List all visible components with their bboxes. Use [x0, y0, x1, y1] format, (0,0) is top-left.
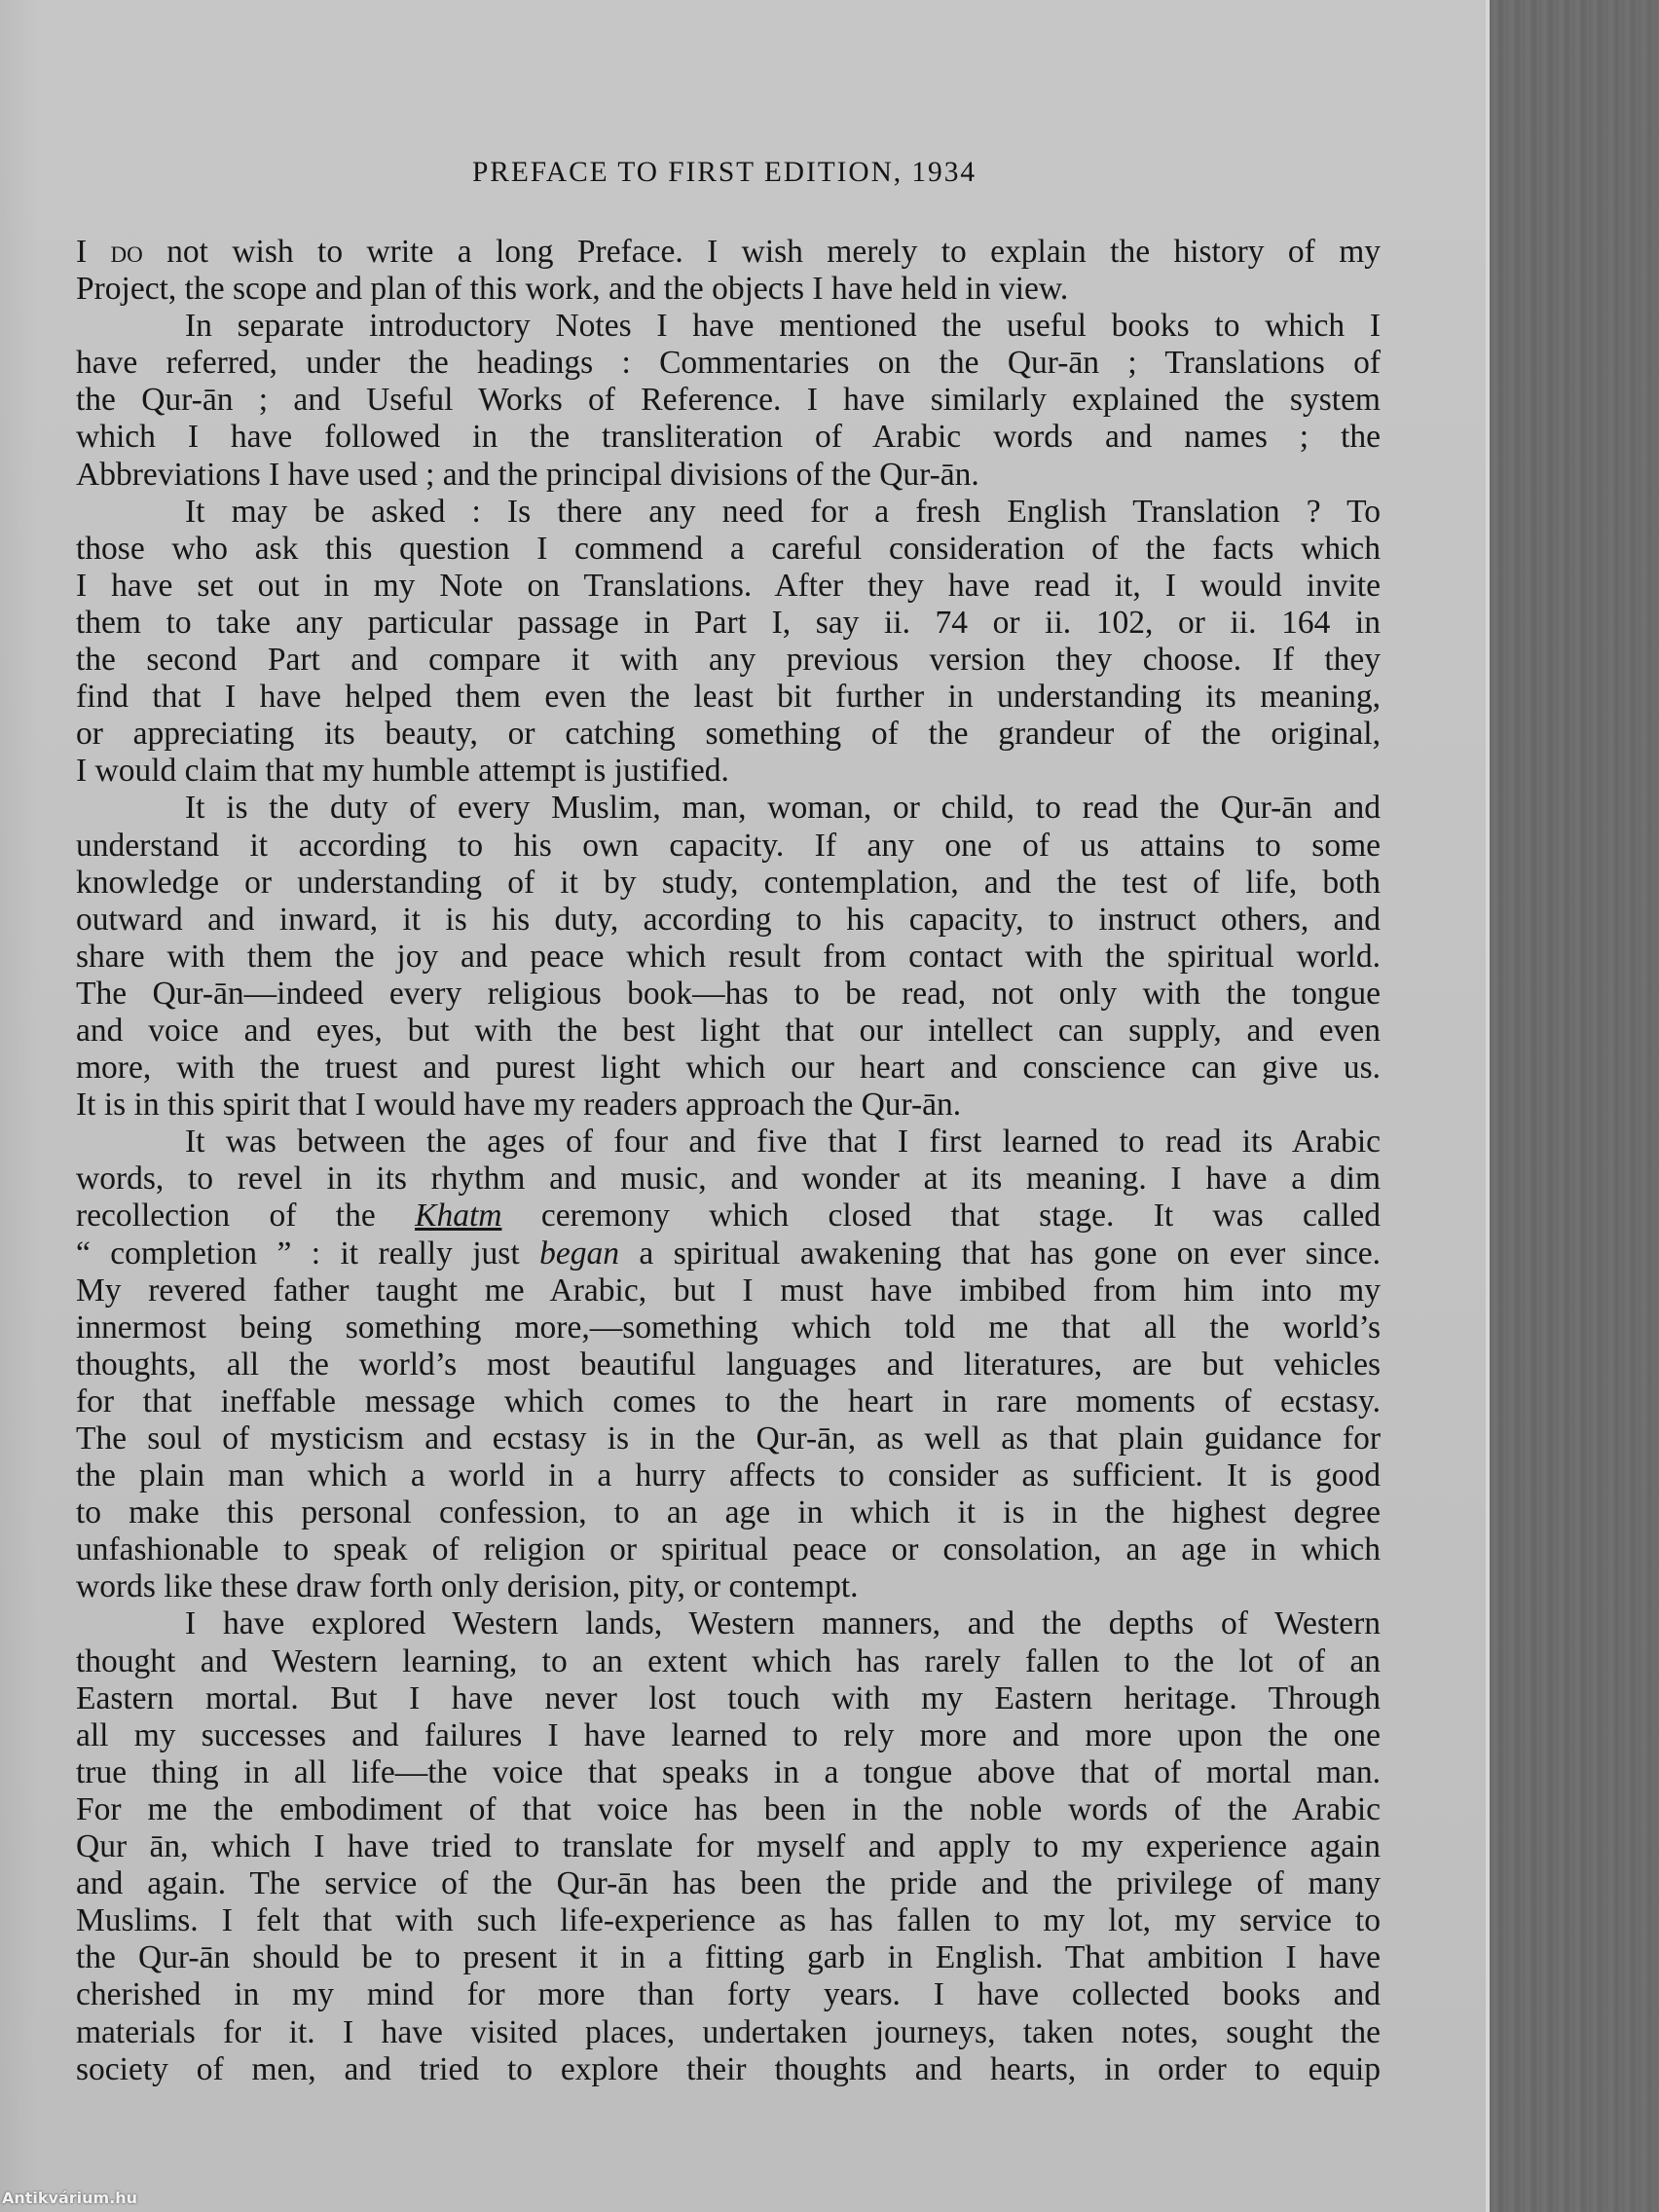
- text-segment: unfashionable to speak of religion or sp…: [76, 1531, 1381, 1567]
- text-line: In separate introductory Notes I have me…: [76, 308, 1381, 345]
- text-line: to make this personal confession, to an …: [76, 1494, 1381, 1531]
- text-segment: words like these draw forth only derisio…: [76, 1568, 859, 1604]
- text-line: materials for it. I have visited places,…: [76, 2014, 1381, 2051]
- text-segment: The soul of mysticism and ecstasy is in …: [76, 1420, 1381, 1456]
- text-segment: a spiritual awakening that has gone on e…: [619, 1235, 1381, 1272]
- text-segment: find that I have helped them even the le…: [76, 679, 1381, 715]
- text-line: recollection of the Khatm ceremony which…: [76, 1198, 1381, 1235]
- text-line: them to take any particular passage in P…: [76, 605, 1381, 642]
- text-segment: It may be asked : Is there any need for …: [185, 494, 1381, 530]
- text-line: It is the duty of every Muslim, man, wom…: [76, 790, 1381, 827]
- text-line: It may be asked : Is there any need for …: [76, 494, 1381, 531]
- text-segment: thoughts, all the world’s most beautiful…: [76, 1346, 1381, 1382]
- styled-text: do: [111, 234, 143, 270]
- text-segment: Abbreviations I have used ; and the prin…: [76, 457, 979, 493]
- text-segment: share with them the joy and peace which …: [76, 939, 1381, 975]
- text-line: the Qur-ān should be to present it in a …: [76, 1939, 1381, 1976]
- text-segment: to make this personal confession, to an …: [76, 1494, 1381, 1530]
- text-segment: the plain man which a world in a hurry a…: [76, 1457, 1381, 1493]
- text-segment: have referred, under the headings : Comm…: [76, 345, 1381, 381]
- text-segment: In separate introductory Notes I have me…: [185, 308, 1381, 344]
- text-line: cherished in my mind for more than forty…: [76, 1976, 1381, 2013]
- text-line: I have set out in my Note on Translation…: [76, 568, 1381, 605]
- text-segment: true thing in all life—the voice that sp…: [76, 1754, 1381, 1790]
- text-line: society of men, and tried to explore the…: [76, 2051, 1381, 2088]
- text-line: The Qur-ān—indeed every religious book—h…: [76, 976, 1381, 1013]
- text-line: knowledge or understanding of it by stud…: [76, 865, 1381, 902]
- text-segment: recollection of the: [76, 1198, 415, 1234]
- text-line: I would claim that my humble attempt is …: [76, 753, 1381, 790]
- text-segment: Qur ān, which I have tried to translate …: [76, 1828, 1381, 1864]
- text-line: have referred, under the headings : Comm…: [76, 345, 1381, 382]
- text-segment: I have explored Western lands, Western m…: [185, 1605, 1381, 1641]
- text-segment: and voice and eyes, but with the best li…: [76, 1013, 1381, 1049]
- text-segment: them to take any particular passage in P…: [76, 605, 1381, 641]
- text-segment: the Qur-ān should be to present it in a …: [76, 1939, 1381, 1975]
- text-segment: It is in this spirit that I would have m…: [76, 1087, 961, 1123]
- text-line: For me the embodiment of that voice has …: [76, 1791, 1381, 1828]
- text-segment: innermost being something more,—somethin…: [76, 1309, 1381, 1346]
- text-line: all my successes and failures I have lea…: [76, 1717, 1381, 1754]
- text-line: Eastern mortal. But I have never lost to…: [76, 1680, 1381, 1717]
- text-segment: My revered father taught me Arabic, but …: [76, 1272, 1381, 1309]
- text-line: Project, the scope and plan of this work…: [76, 271, 1381, 308]
- text-segment: not wish to write a long Preface. I wish…: [143, 234, 1381, 270]
- text-line: “ completion ” : it really just began a …: [76, 1235, 1381, 1272]
- text-line: true thing in all life—the voice that sp…: [76, 1754, 1381, 1791]
- text-line: the plain man which a world in a hurry a…: [76, 1457, 1381, 1494]
- page-title: PREFACE TO FIRST EDITION, 1934: [15, 156, 1434, 189]
- text-segment: knowledge or understanding of it by stud…: [76, 865, 1381, 901]
- text-segment: or appreciating its beauty, or catching …: [76, 716, 1381, 752]
- text-line: those who ask this question I commend a …: [76, 531, 1381, 568]
- text-line: innermost being something more,—somethin…: [76, 1309, 1381, 1346]
- text-segment: materials for it. I have visited places,…: [76, 2014, 1381, 2050]
- text-line: The soul of mysticism and ecstasy is in …: [76, 1420, 1381, 1457]
- text-line: unfashionable to speak of religion or sp…: [76, 1531, 1381, 1568]
- text-segment: Eastern mortal. But I have never lost to…: [76, 1680, 1381, 1716]
- text-segment: all my successes and failures I have lea…: [76, 1717, 1381, 1753]
- text-segment: It is the duty of every Muslim, man, wom…: [185, 790, 1381, 826]
- text-segment: I have set out in my Note on Translation…: [76, 568, 1381, 604]
- text-segment: For me the embodiment of that voice has …: [76, 1791, 1381, 1827]
- text-line: It was between the ages of four and five…: [76, 1124, 1381, 1161]
- text-segment: cherished in my mind for more than forty…: [76, 1976, 1381, 2012]
- text-line: It is in this spirit that I would have m…: [76, 1087, 1381, 1124]
- text-line: the Qur-ān ; and Useful Works of Referen…: [76, 382, 1381, 419]
- text-segment: “ completion ” : it really just: [76, 1235, 539, 1272]
- text-segment: which I have followed in the translitera…: [76, 419, 1381, 455]
- styled-text: Khatm: [415, 1198, 501, 1234]
- text-segment: The Qur-ān—indeed every religious book—h…: [76, 976, 1381, 1012]
- text-line: Muslims. I felt that with such life-expe…: [76, 1902, 1381, 1939]
- text-segment: the second Part and compare it with any …: [76, 642, 1381, 678]
- text-line: I have explored Western lands, Western m…: [76, 1605, 1381, 1642]
- text-segment: those who ask this question I commend a …: [76, 531, 1381, 567]
- text-line: more, with the truest and purest light w…: [76, 1050, 1381, 1087]
- text-segment: Muslims. I felt that with such life-expe…: [76, 1902, 1381, 1938]
- text-line: find that I have helped them even the le…: [76, 679, 1381, 716]
- text-line: thought and Western learning, to an exte…: [76, 1643, 1381, 1680]
- text-line: which I have followed in the translitera…: [76, 419, 1381, 456]
- text-segment: ceremony which closed that stage. It was…: [501, 1198, 1381, 1234]
- background-binding: [1490, 0, 1659, 2212]
- text-line: and voice and eyes, but with the best li…: [76, 1013, 1381, 1050]
- text-line: or appreciating its beauty, or catching …: [76, 716, 1381, 753]
- text-line: words like these draw forth only derisio…: [76, 1568, 1381, 1605]
- text-line: Qur ān, which I have tried to translate …: [76, 1828, 1381, 1865]
- text-segment: understand it according to his own capac…: [76, 828, 1381, 864]
- text-segment: words, to revel in its rhythm and music,…: [76, 1161, 1381, 1197]
- text-line: My revered father taught me Arabic, but …: [76, 1272, 1381, 1309]
- text-segment: thought and Western learning, to an exte…: [76, 1643, 1381, 1679]
- book-page: PREFACE TO FIRST EDITION, 1934 I do not …: [0, 0, 1488, 2212]
- text-segment: more, with the truest and purest light w…: [76, 1050, 1381, 1086]
- text-line: for that ineffable message which comes t…: [76, 1383, 1381, 1420]
- styled-text: began: [539, 1235, 619, 1272]
- text-line: thoughts, all the world’s most beautiful…: [76, 1346, 1381, 1383]
- text-line: share with them the joy and peace which …: [76, 939, 1381, 976]
- text-segment: and again. The service of the Qur-ān has…: [76, 1865, 1381, 1901]
- text-segment: society of men, and tried to explore the…: [76, 2051, 1381, 2087]
- text-segment: outward and inward, it is his duty, acco…: [76, 902, 1381, 938]
- text-line: the second Part and compare it with any …: [76, 642, 1381, 679]
- text-segment: It was between the ages of four and five…: [185, 1124, 1381, 1160]
- text-segment: Project, the scope and plan of this work…: [76, 271, 1068, 307]
- text-line: Abbreviations I have used ; and the prin…: [76, 457, 1381, 494]
- text-segment: for that ineffable message which comes t…: [76, 1383, 1381, 1419]
- text-segment: the Qur-ān ; and Useful Works of Referen…: [76, 382, 1381, 418]
- text-segment: I would claim that my humble attempt is …: [76, 753, 729, 789]
- text-line: words, to revel in its rhythm and music,…: [76, 1161, 1381, 1198]
- body-text: I do not wish to write a long Preface. I…: [76, 234, 1381, 2088]
- text-line: and again. The service of the Qur-ān has…: [76, 1865, 1381, 1902]
- text-line: understand it according to his own capac…: [76, 828, 1381, 865]
- text-segment: I: [76, 234, 111, 270]
- text-line: outward and inward, it is his duty, acco…: [76, 902, 1381, 939]
- watermark: Antikvárium.hu: [2, 2189, 137, 2207]
- text-line: I do not wish to write a long Preface. I…: [76, 234, 1381, 271]
